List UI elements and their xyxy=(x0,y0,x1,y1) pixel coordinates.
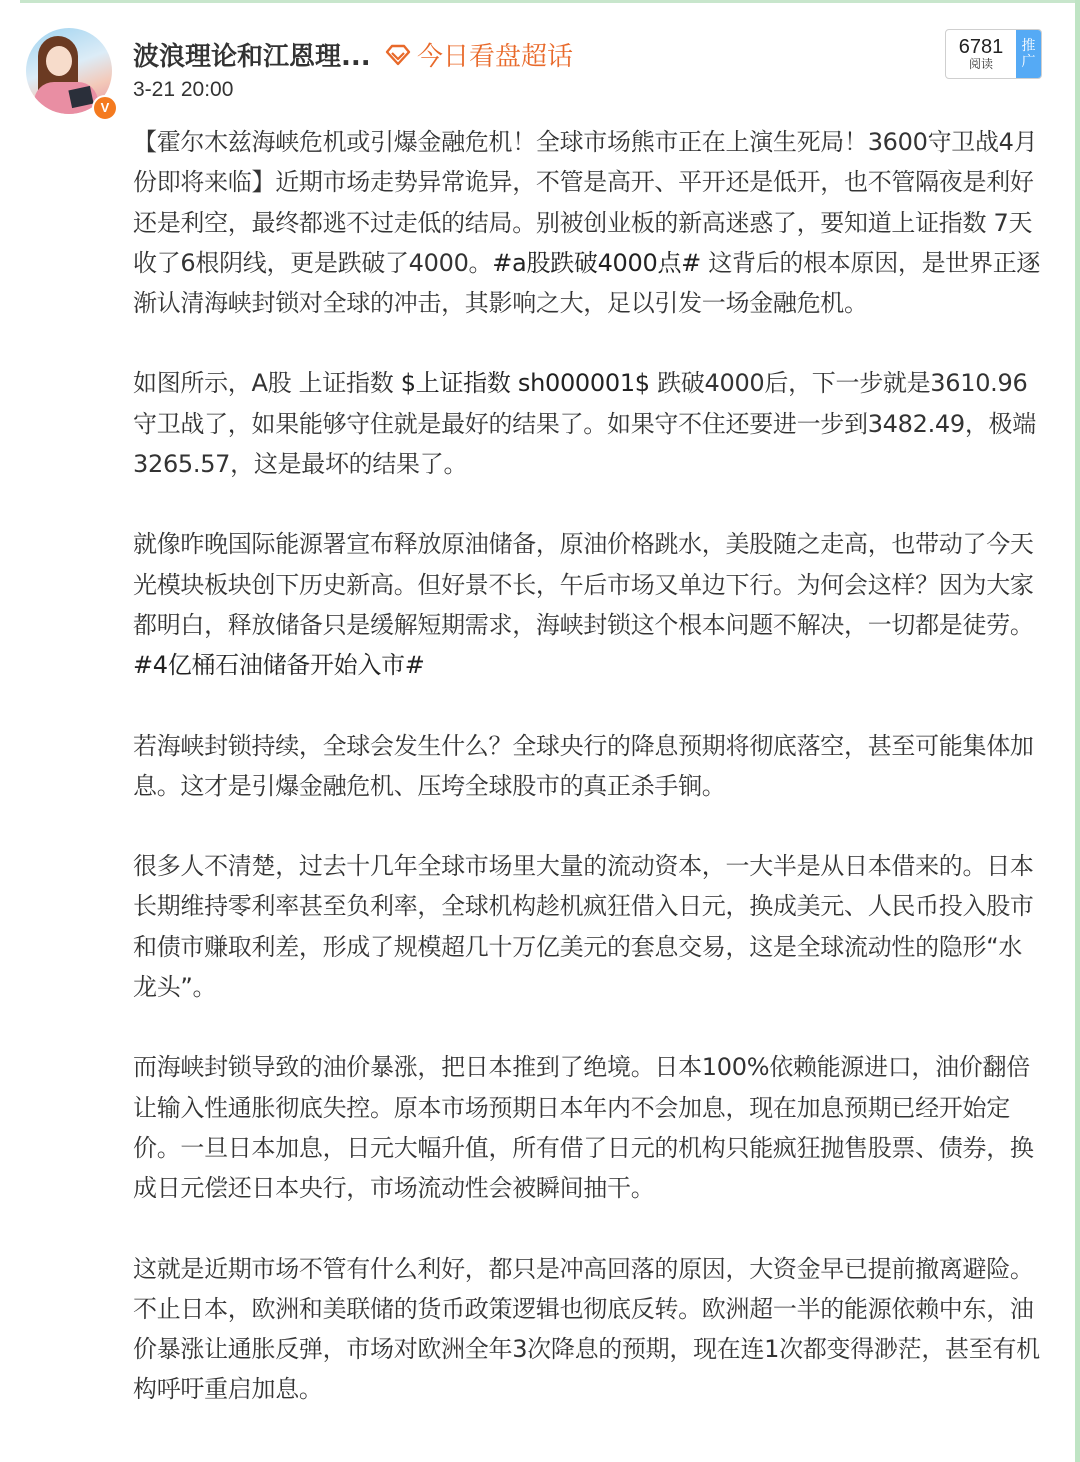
author-name[interactable]: 波浪理论和江恩理... xyxy=(133,36,371,73)
read-count-area: 6781 阅读 xyxy=(946,30,1016,78)
diamond-icon xyxy=(385,44,411,66)
paragraph-text: 而海峡封锁导致的油价暴涨，把日本推到了绝境。日本100%依赖能源进口，油价翻倍让… xyxy=(133,1053,1034,1202)
supertopic-link[interactable]: 今日看盘超话 xyxy=(385,36,573,73)
paragraph: 很多人不清楚，过去十几年全球市场里大量的流动资本，一大半是从日本借来的。日本长期… xyxy=(133,846,1045,1007)
promote-button[interactable]: 推 广 xyxy=(1016,30,1041,78)
paragraph-text: 如图所示，A股 上证指数 xyxy=(133,369,401,397)
paragraph-text: 很多人不清楚，过去十几年全球市场里大量的流动资本，一大半是从日本借来的。日本长期… xyxy=(133,852,1034,1001)
supertopic-label: 今日看盘超话 xyxy=(417,36,573,73)
read-count-label: 阅读 xyxy=(969,57,993,72)
hashtag-link[interactable]: #4亿桶石油储备开始入市# xyxy=(133,651,425,679)
post-timestamp: 3-21 20:00 xyxy=(133,78,233,102)
paragraph: 如图所示，A股 上证指数 $上证指数 sh000001$ 跌破4000后，下一步… xyxy=(133,363,1045,484)
hashtag-link[interactable]: #a股跌破4000点# xyxy=(492,249,701,277)
avatar-face xyxy=(46,46,72,76)
read-count: 6781 xyxy=(959,37,1004,57)
paragraph-text: 若海峡封锁持续，全球会发生什么？全球央行的降息预期将彻底落空，甚至可能集体加息。… xyxy=(133,732,1034,800)
paragraph: 就像昨晚国际能源署宣布释放原油储备，原油价格跳水，美股随之走高，也带动了今天光模… xyxy=(133,524,1045,685)
paragraph: 这就是近期市场不管有什么利好，都只是冲高回落的原因，大资金早已提前撤离避险。不止… xyxy=(133,1249,1045,1410)
post-content: 【霍尔木兹海峡危机或引爆金融危机！全球市场熊市正在上演生死局！3600守卫战4月… xyxy=(133,122,1045,1450)
top-border xyxy=(20,0,1080,3)
promote-label-line1: 推 xyxy=(1022,38,1036,54)
stock-tag-link[interactable]: $上证指数 sh000001$ xyxy=(401,369,650,397)
paragraph-text: 这就是近期市场不管有什么利好，都只是冲高回落的原因，大资金早已提前撤离避险。不止… xyxy=(133,1255,1040,1404)
verified-badge-icon: V xyxy=(92,95,118,121)
promote-label-line2: 广 xyxy=(1022,54,1036,70)
read-stats-box: 6781 阅读 推 广 xyxy=(945,29,1042,79)
paragraph: 【霍尔木兹海峡危机或引爆金融危机！全球市场熊市正在上演生死局！3600守卫战4月… xyxy=(133,122,1045,323)
paragraph: 而海峡封锁导致的油价暴涨，把日本推到了绝境。日本100%依赖能源进口，油价翻倍让… xyxy=(133,1047,1045,1208)
right-border xyxy=(1075,0,1080,1462)
paragraph-text: 就像昨晚国际能源署宣布释放原油储备，原油价格跳水，美股随之走高，也带动了今天光模… xyxy=(133,530,1034,639)
paragraph: 若海峡封锁持续，全球会发生什么？全球央行的降息预期将彻底落空，甚至可能集体加息。… xyxy=(133,726,1045,807)
